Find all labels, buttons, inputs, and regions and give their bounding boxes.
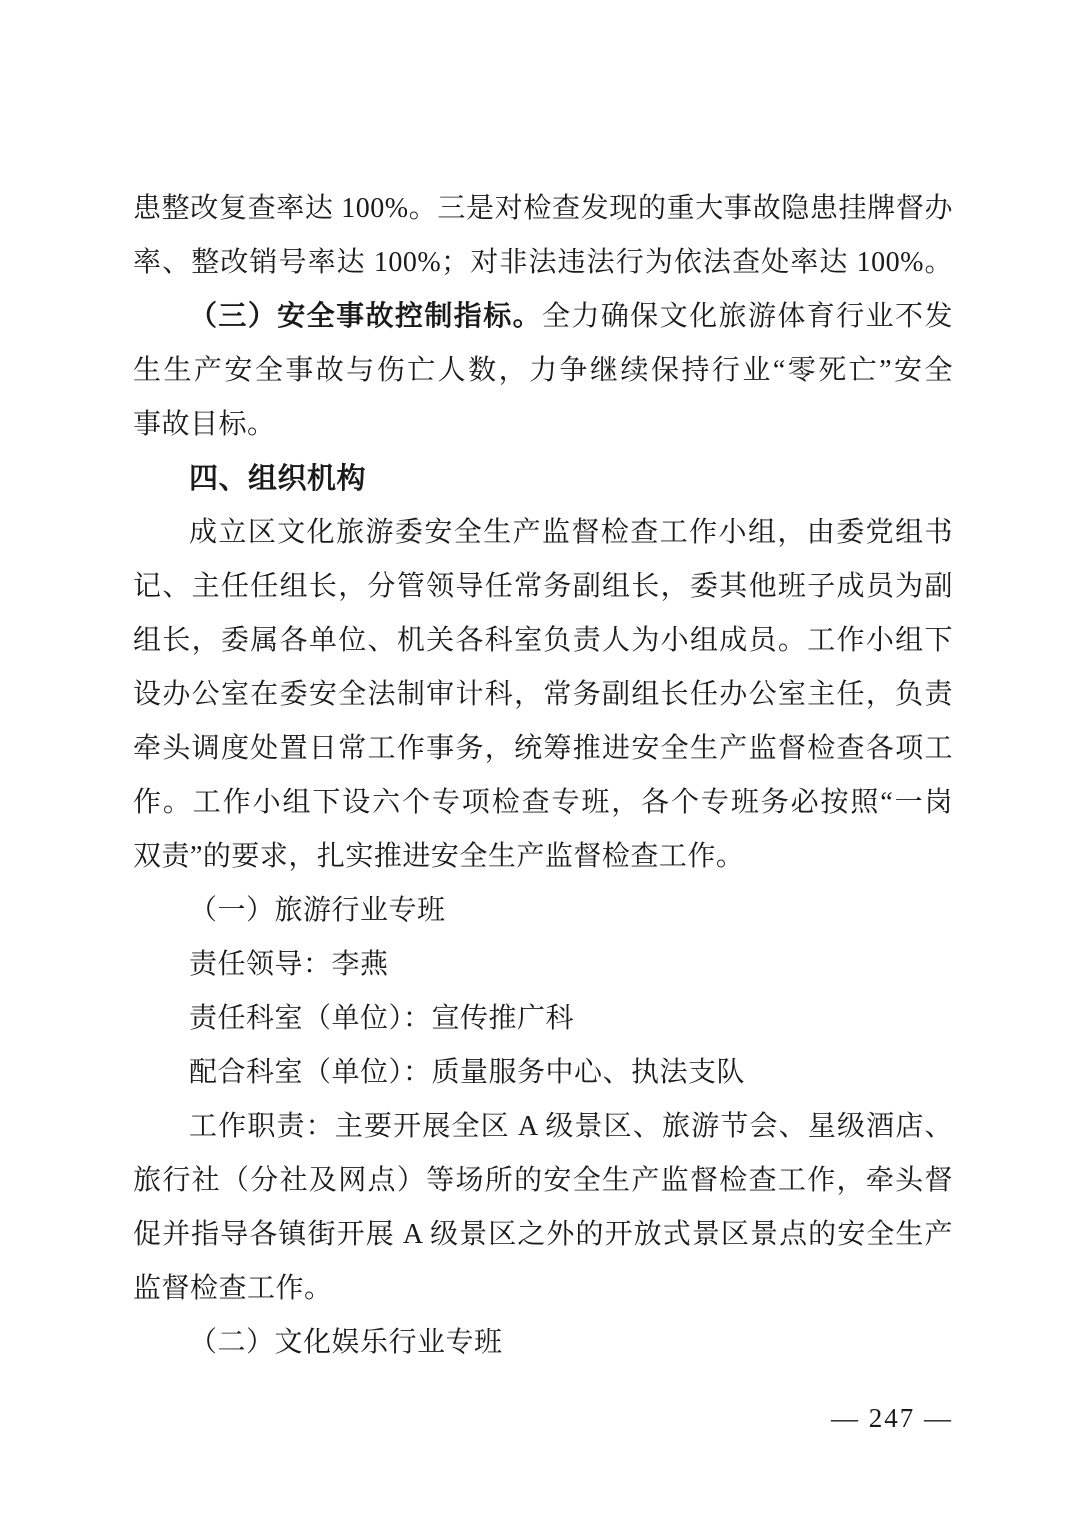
text-segment: 成立区文化旅游委安全生产监督检查工作小组，由委党组书 [189,517,953,548]
text-segment: 旅行社（分社及网点）等场所的安全生产监督检查工作，牵头督 [133,1165,953,1196]
text-block: 患整改复查率达 100%。三是对检查发现的重大事故隐患挂牌督办率、整改销号率达 … [133,182,953,1370]
text-line: 旅行社（分社及网点）等场所的安全生产监督检查工作，牵头督 [133,1154,953,1208]
document-page: 患整改复查率达 100%。三是对检查发现的重大事故隐患挂牌督办率、整改销号率达 … [0,0,1074,1520]
bold-text-segment: （三）安全事故控制指标。 [189,301,542,332]
text-line: 双责”的要求，扎实推进安全生产监督检查工作。 [133,830,953,884]
paragraph: 工作职责：主要开展全区 A 级景区、旅游节会、星级酒店、旅行社（分社及网点）等场… [133,1100,953,1316]
text-segment: 双责”的要求，扎实推进安全生产监督检查工作。 [133,841,744,872]
page-number: — 247 — [831,1400,953,1436]
text-line: 作。工作小组下设六个专项检查专班，各个专班务必按照“一岗 [133,776,953,830]
text-line: （一）旅游行业专班 [133,884,953,938]
text-line: 事故目标。 [133,398,953,452]
text-line: 责任领导：李燕 [133,938,953,992]
paragraph: 患整改复查率达 100%。三是对检查发现的重大事故隐患挂牌督办率、整改销号率达 … [133,182,953,290]
paragraph: （二）文化娱乐行业专班 [133,1316,953,1370]
text-segment: 记、主任任组长，分管领导任常务副组长，委其他班子成员为副 [133,571,953,602]
text-line: 责任科室（单位）：宣传推广科 [133,992,953,1046]
text-line: 四、组织机构 [133,452,953,506]
text-segment: 生生产安全事故与伤亡人数，力争继续保持行业“零死亡”安全 [133,355,953,386]
text-line: 设办公室在委安全法制审计科，常务副组长任办公室主任，负责 [133,668,953,722]
text-segment: 作。工作小组下设六个专项检查专班，各个专班务必按照“一岗 [133,787,953,818]
text-segment: 事故目标。 [133,409,276,440]
text-line: 促并指导各镇街开展 A 级景区之外的开放式景区景点的安全生产 [133,1208,953,1262]
text-segment: 责任科室（单位）：宣传推广科 [189,1003,574,1034]
text-line: （二）文化娱乐行业专班 [133,1316,953,1370]
text-line: 记、主任任组长，分管领导任常务副组长，委其他班子成员为副 [133,560,953,614]
text-segment: 组长，委属各单位、机关各科室负责人为小组成员。工作小组下 [133,625,953,656]
text-line: 患整改复查率达 100%。三是对检查发现的重大事故隐患挂牌督办 [133,182,953,236]
text-segment: 牵头调度处置日常工作事务，统筹推进安全生产监督检查各项工 [133,733,953,764]
paragraph: 配合科室（单位）：质量服务中心、执法支队 [133,1046,953,1100]
text-line: 率、整改销号率达 100%；对非法违法行为依法查处率达 100%。 [133,236,953,290]
paragraph: （三）安全事故控制指标。全力确保文化旅游体育行业不发生生产安全事故与伤亡人数，力… [133,290,953,452]
section-heading: 四、组织机构 [133,452,953,506]
text-segment: 责任领导：李燕 [189,949,389,980]
text-segment: 工作职责：主要开展全区 A 级景区、旅游节会、星级酒店、 [189,1111,953,1142]
bold-text-segment: 四、组织机构 [189,463,366,495]
text-line: 成立区文化旅游委安全生产监督检查工作小组，由委党组书 [133,506,953,560]
text-segment: （二）文化娱乐行业专班 [189,1327,503,1358]
text-segment: 率、整改销号率达 100%；对非法违法行为依法查处率达 100%。 [133,247,953,278]
paragraph: 成立区文化旅游委安全生产监督检查工作小组，由委党组书记、主任任组长，分管领导任常… [133,506,953,884]
text-segment: 监督检查工作。 [133,1273,333,1304]
paragraph: 责任领导：李燕 [133,938,953,992]
text-line: （三）安全事故控制指标。全力确保文化旅游体育行业不发 [133,290,953,344]
text-line: 配合科室（单位）：质量服务中心、执法支队 [133,1046,953,1100]
text-line: 组长，委属各单位、机关各科室负责人为小组成员。工作小组下 [133,614,953,668]
text-segment: （一）旅游行业专班 [189,895,446,926]
paragraph: 责任科室（单位）：宣传推广科 [133,992,953,1046]
text-segment: 促并指导各镇街开展 A 级景区之外的开放式景区景点的安全生产 [133,1219,953,1250]
text-line: 监督检查工作。 [133,1262,953,1316]
text-line: 工作职责：主要开展全区 A 级景区、旅游节会、星级酒店、 [133,1100,953,1154]
text-line: 生生产安全事故与伤亡人数，力争继续保持行业“零死亡”安全 [133,344,953,398]
text-line: 牵头调度处置日常工作事务，统筹推进安全生产监督检查各项工 [133,722,953,776]
text-segment: 配合科室（单位）：质量服务中心、执法支队 [189,1057,745,1088]
text-segment: 设办公室在委安全法制审计科，常务副组长任办公室主任，负责 [133,679,953,710]
text-segment: 全力确保文化旅游体育行业不发 [542,301,953,332]
text-segment: 患整改复查率达 100%。三是对检查发现的重大事故隐患挂牌督办 [133,193,953,224]
paragraph: （一）旅游行业专班 [133,884,953,938]
